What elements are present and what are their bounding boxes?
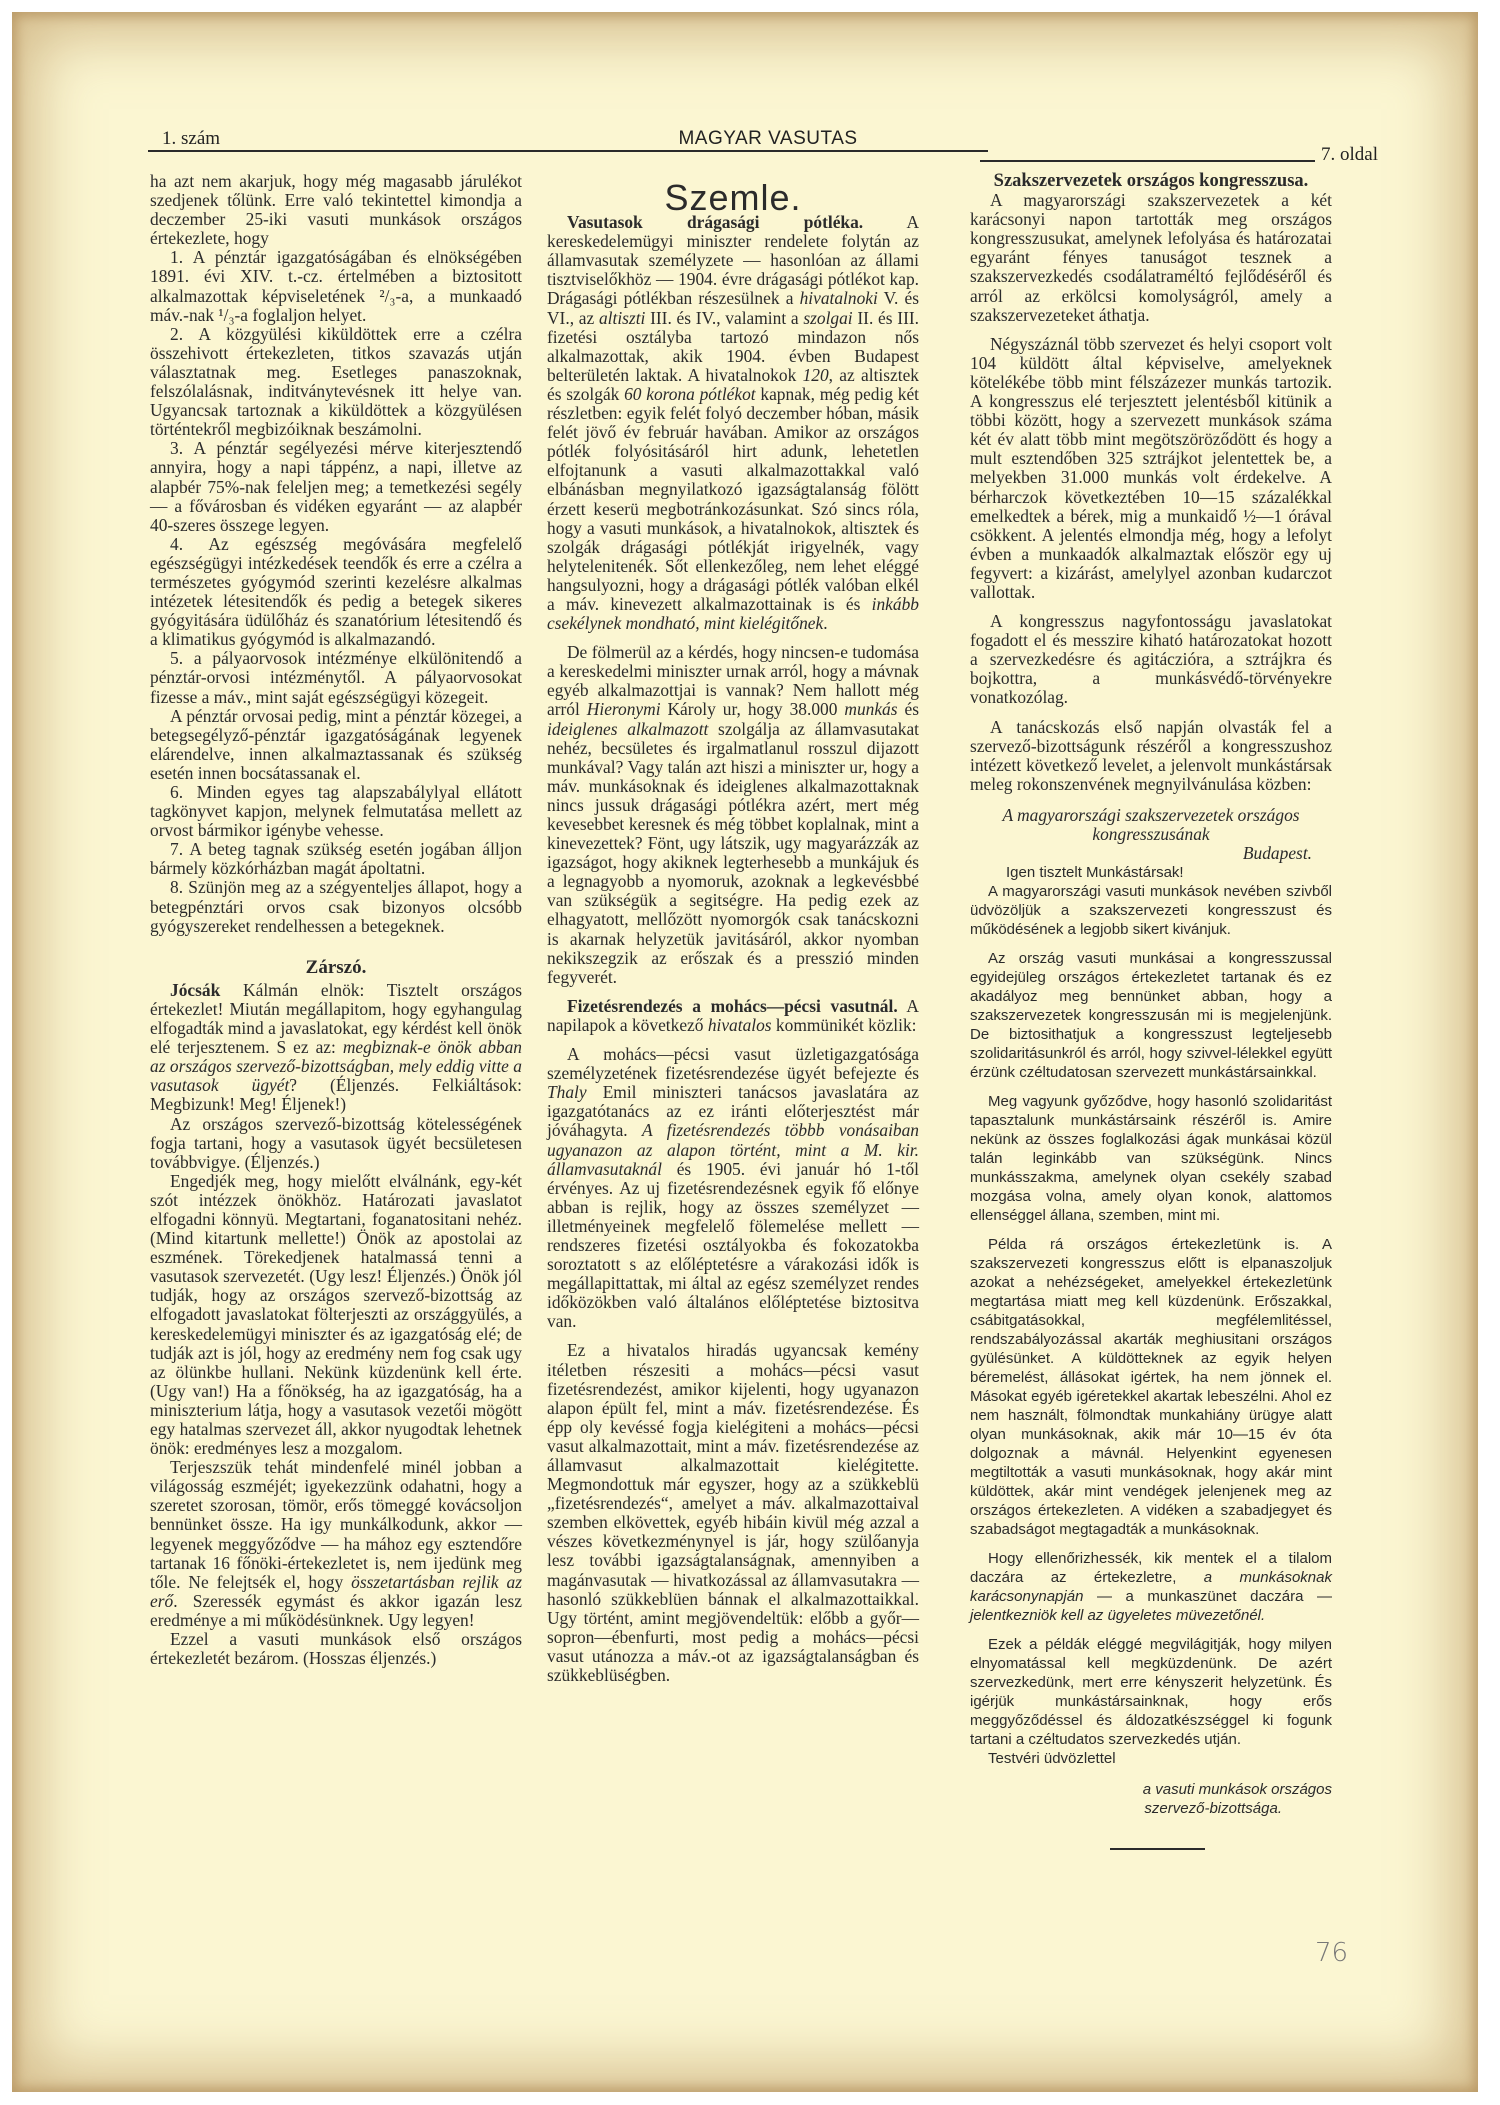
text: Károly ur, hogy 38.000 xyxy=(661,699,845,719)
letter-paragraph: Az ország vasuti munkásai a kongresszuss… xyxy=(970,949,1332,1082)
article-paragraph: Vasutasok drágasági pótléka. A kereskede… xyxy=(547,213,919,633)
paragraph: Ezzel a vasuti munkások első országos ér… xyxy=(150,1630,522,1668)
italic-text: 120 xyxy=(803,365,829,385)
text: . xyxy=(823,613,827,633)
article-paragraph: A mohács—pécsi vasut üzletigazgatósága s… xyxy=(547,1045,919,1331)
paragraph: 3. A pénztár segélyezési mérve kiterjesz… xyxy=(150,439,522,534)
italic-text: jelentkezniök kell az ügyeletes müvezető… xyxy=(970,1607,1265,1624)
article-paragraph: Ez a hivatalos hiradás ugyancsak kemény … xyxy=(547,1341,919,1685)
paragraph: Engedjék meg, hogy mielőtt elválnánk, eg… xyxy=(150,1172,522,1458)
paragraph: A kongresszus nagyfontosságu javaslatoka… xyxy=(970,612,1332,707)
column-right: Szakszervezetek országos kongresszusa. A… xyxy=(970,172,1332,1850)
paragraph: Az országos szervező-bizottság kötelessé… xyxy=(150,1115,522,1172)
page-header: 1. szám MAGYAR VASUTAS 7. oldal xyxy=(148,128,1388,158)
italic-text: Hieronymi xyxy=(587,699,661,719)
speaker-name: Jócsák xyxy=(170,980,220,1000)
paragraph: A magyarországi szakszervezetek a két ka… xyxy=(970,191,1332,325)
letter-paragraph: A magyarországi vasuti munkások nevében … xyxy=(970,882,1332,939)
italic-text: munkás xyxy=(844,699,897,719)
text: kommünikét közlik: xyxy=(772,1015,917,1035)
italic-text: hivatalos xyxy=(708,1015,772,1035)
article-heading-congress: Szakszervezetek országos kongresszusa. xyxy=(970,172,1332,191)
letter-city: Budapest. xyxy=(970,844,1332,863)
paragraph: 8. Szünjön meg az a szégyenteljes állapo… xyxy=(150,878,522,935)
paragraph: A pénztár orvosai pedig, mint a pénztár … xyxy=(150,707,522,783)
text: — a munkaszünet daczára — xyxy=(1083,1588,1332,1605)
paragraph: 5. a pályaorvosok intézménye elkülöniten… xyxy=(150,649,522,706)
paragraph: 4. Az egészség megóvására megfelelő egés… xyxy=(150,535,522,650)
article-title: Vasutasok drágasági pótléka. xyxy=(567,212,863,232)
text: . Szeressék egymást és akkor igazán lesz… xyxy=(150,1591,522,1630)
letter-body: Igen tisztelt Munkástársak! A magyarorsz… xyxy=(970,863,1332,1818)
letter-addressee: A magyarországi szakszervezetek országos… xyxy=(970,806,1332,844)
column-middle: Szemle. Vasutasok drágasági pótléka. A k… xyxy=(547,172,919,1685)
letter-paragraph: Ezek a példák eléggé megvilágitják, hogy… xyxy=(970,1635,1332,1749)
italic-text: ideiglenes alkalmazott xyxy=(547,719,708,739)
section-heading-review: Szemle. xyxy=(547,188,919,207)
letter-closing: Testvéri üdvözlettel xyxy=(970,1749,1332,1768)
paragraph: 1. A pénztár igazgatóságában és elnökség… xyxy=(150,248,522,324)
paragraph: A tanácskozás első napján olvasták fel a… xyxy=(970,718,1332,794)
page-number: 7. oldal xyxy=(1321,144,1378,166)
header-rule xyxy=(148,150,988,152)
paragraph: Jócsák Kálmán elnök: Tisztelt országos é… xyxy=(150,981,522,1115)
paragraph: 6. Minden egyes tag alapszabálylyal ellá… xyxy=(150,783,522,840)
handwritten-page-number: 76 xyxy=(1315,1938,1348,1968)
end-rule xyxy=(1110,1848,1205,1850)
letter-signature: a vasuti munkások országos xyxy=(970,1780,1332,1799)
section-heading-closing: Zárszó. xyxy=(150,958,522,977)
text: III. és IV., valamint a xyxy=(645,308,803,328)
paragraph: 2. A közgyülési kiküldöttek erre a czélr… xyxy=(150,325,522,440)
article-title: Fizetésrendezés a mohács—pécsi vasutnál. xyxy=(567,996,898,1016)
article-paragraph: Fizetésrendezés a mohács—pécsi vasutnál.… xyxy=(547,997,919,1035)
text: szolgálja az államvasutakat nehéz, becsü… xyxy=(547,719,919,987)
text: A mohács—pécsi vasut üzletigazgatósága s… xyxy=(547,1044,919,1083)
text: kapnak, még pedig két részletben: egyik … xyxy=(547,384,919,614)
letter-greeting: Igen tisztelt Munkástársak! xyxy=(970,863,1332,882)
italic-text: hivatalnoki xyxy=(800,288,878,308)
paragraph: Négyszáznál több szervezet és helyi csop… xyxy=(970,335,1332,602)
italic-text: Thaly xyxy=(547,1082,587,1102)
letter-paragraph: Hogy ellenőrizhessék, kik mentek el a ti… xyxy=(970,1549,1332,1625)
text: és xyxy=(898,699,919,719)
letter-paragraph: Példa rá országos értekezletünk is. A sz… xyxy=(970,1235,1332,1539)
italic-text: szolgai xyxy=(803,308,852,328)
paragraph: Terjeszszük tehát mindenfelé minél jobba… xyxy=(150,1458,522,1630)
article-paragraph: De fölmerül az a kérdés, hogy nincsen-e … xyxy=(547,643,919,987)
italic-text: altiszti xyxy=(599,308,645,328)
paragraph: ha azt nem akarjuk, hogy még magasabb já… xyxy=(150,172,522,248)
paragraph: 7. A beteg tagnak szükség esetén jogában… xyxy=(150,840,522,878)
letter-signature-line2: szervező-bizottsága. xyxy=(970,1799,1332,1818)
header-rule-right xyxy=(980,160,1315,162)
column-left: ha azt nem akarjuk, hogy még magasabb já… xyxy=(150,172,522,1668)
text: és 1905. évi január hó 1-től érvényes. A… xyxy=(547,1159,919,1332)
letter-paragraph: Meg vagyunk győződve, hogy hasonló szoli… xyxy=(970,1092,1332,1225)
italic-text: 60 korona pótlékot xyxy=(624,384,756,404)
publication-title: MAGYAR VASUTAS xyxy=(148,128,1388,150)
